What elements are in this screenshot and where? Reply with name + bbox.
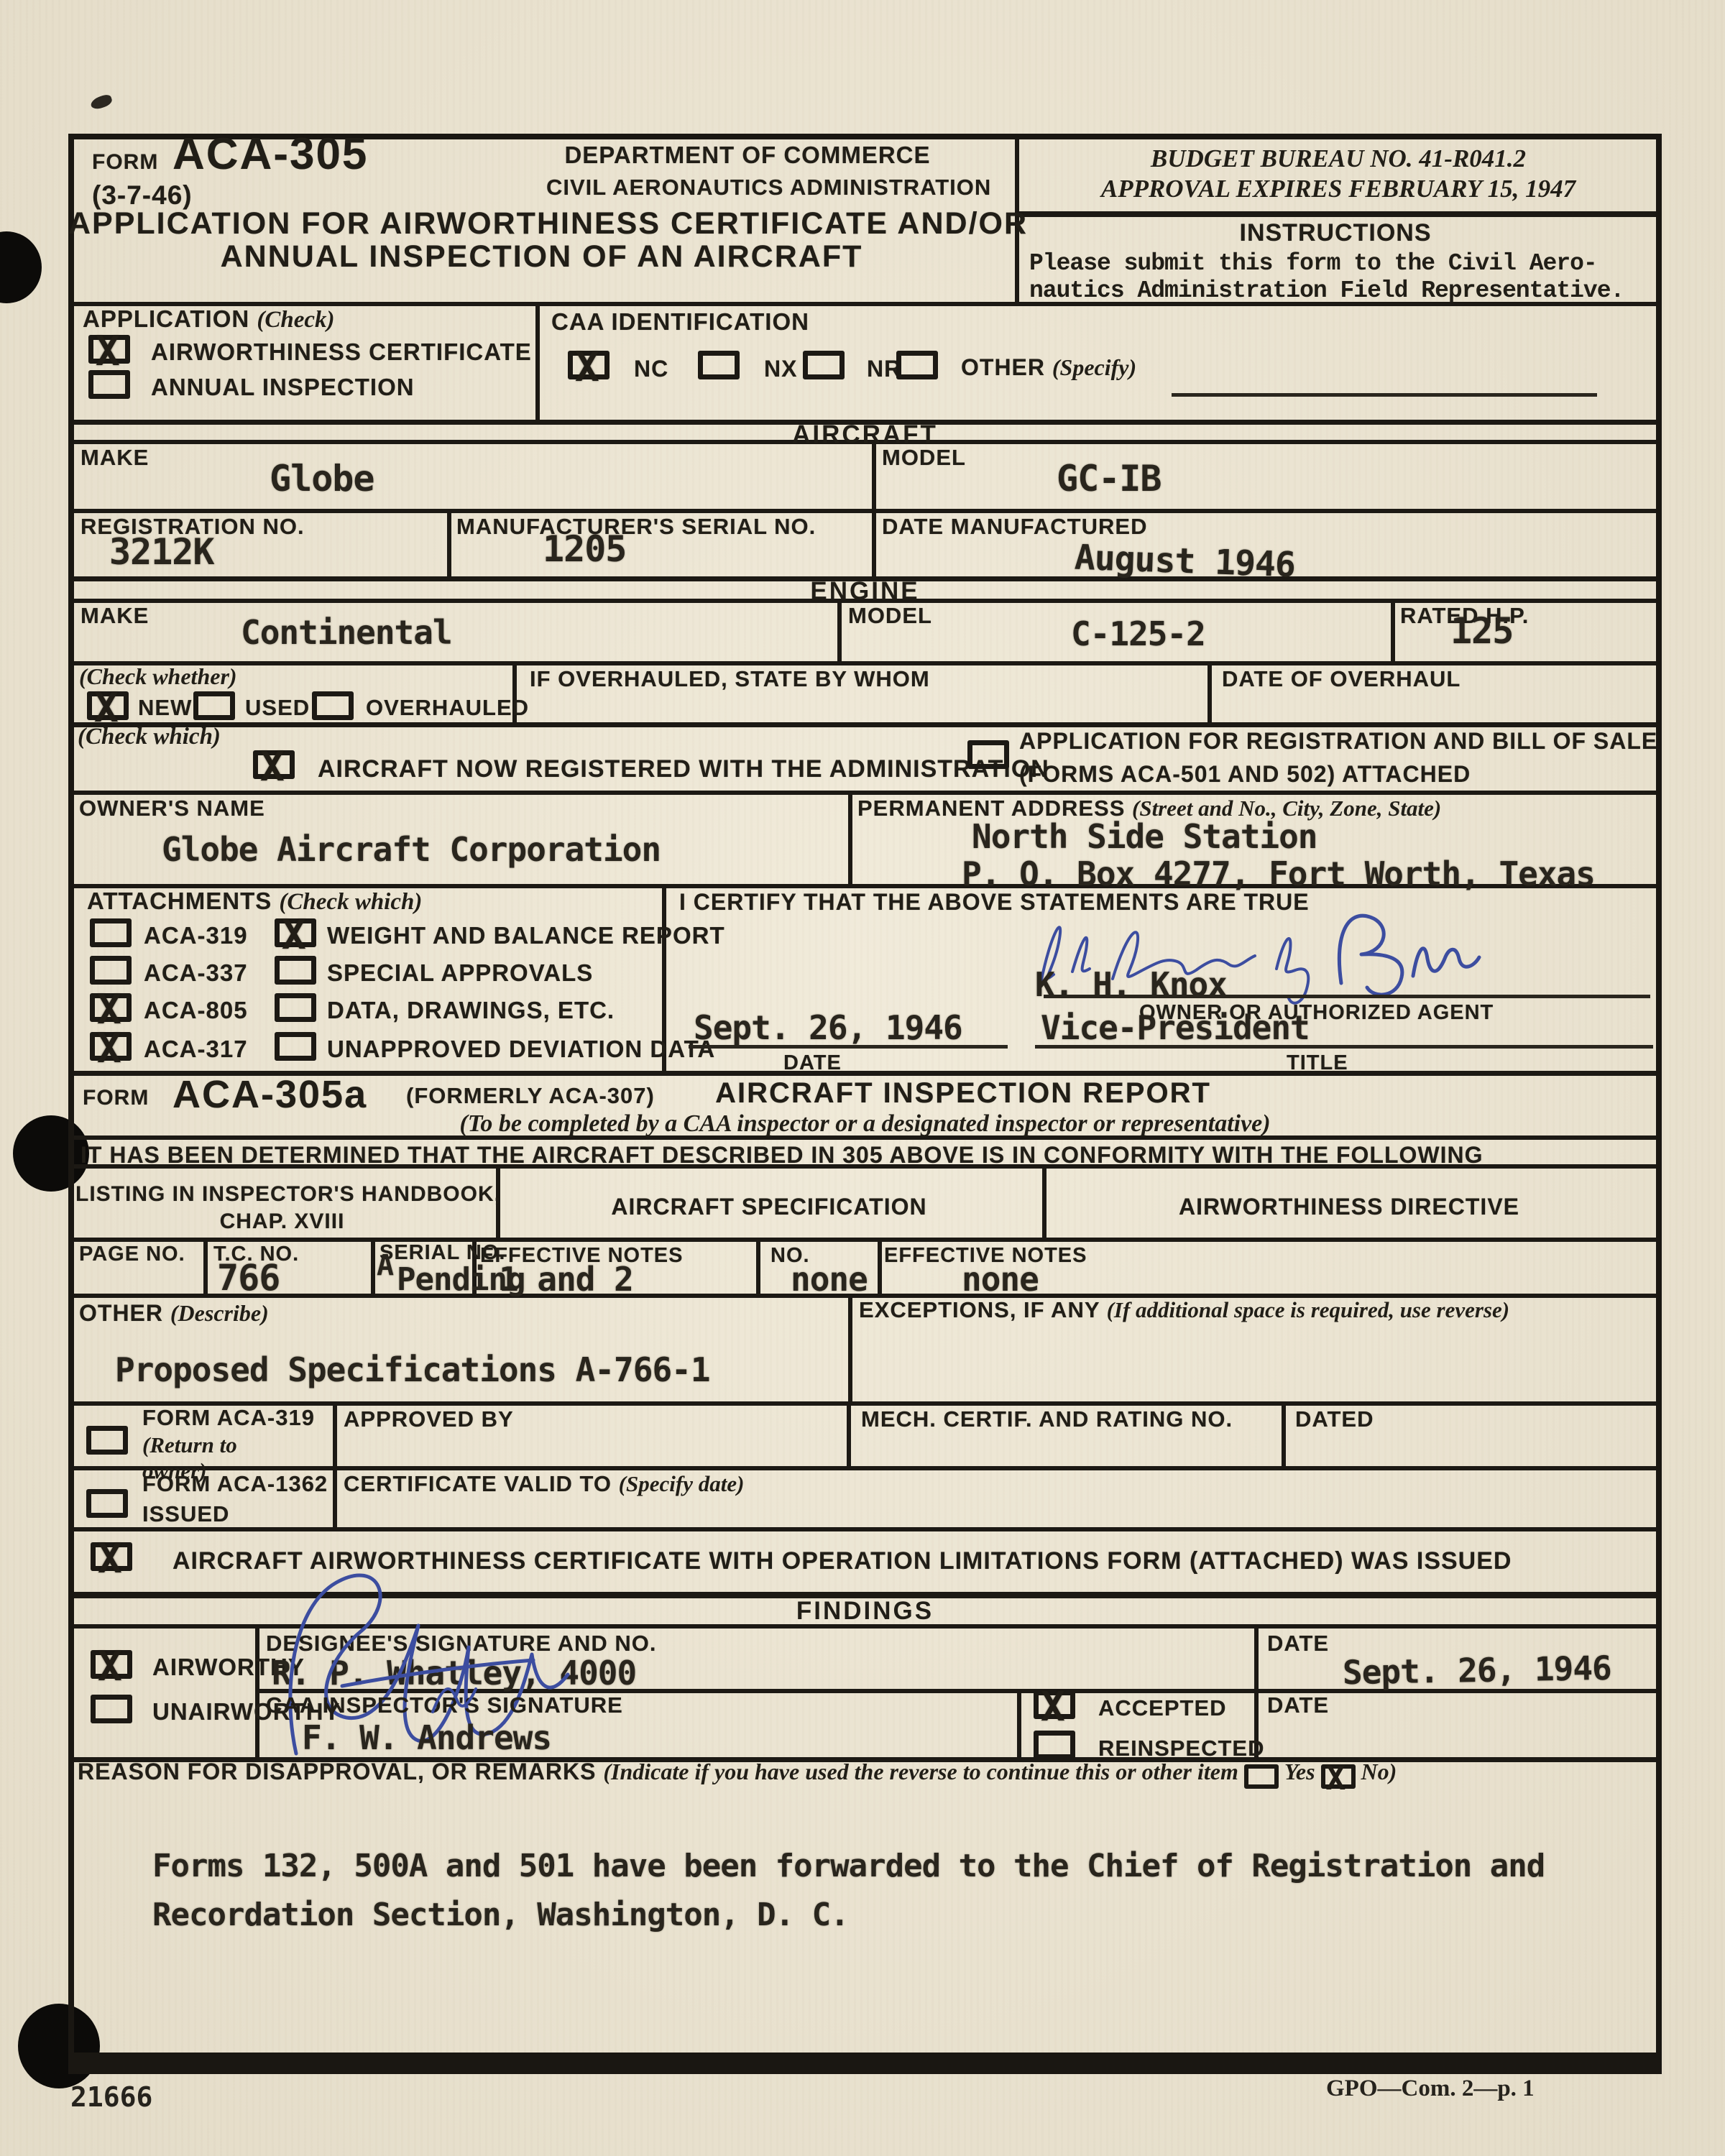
checkbox-reinspected[interactable] [1034,1731,1075,1759]
checkbox-engine-new[interactable] [87,691,129,720]
checkbox-form-aca-319-return[interactable] [86,1426,128,1455]
aca-319-label: ACA-319 [144,923,248,949]
footer-print-number: 21666 [70,2081,152,2113]
weight-balance-report-label: WEIGHT AND BALANCE REPORT [327,923,725,949]
divider [74,661,1656,665]
registration-no-value: 3212K [109,533,214,571]
department-name: DEPARTMENT OF COMMERCE [546,142,949,168]
instructions-title: INSTRUCTIONS [1015,220,1656,247]
aircraft-section-title: AIRCRAFT [68,422,1662,447]
divider [447,509,451,576]
checkbox-annual-inspection[interactable] [88,370,130,399]
checkbox-engine-overhauled[interactable] [312,691,354,720]
divider [203,1238,208,1294]
other-id-blank[interactable] [1172,393,1597,397]
aircraft-registered-label: AIRCRAFT NOW REGISTERED WITH THE ADMINIS… [318,756,1049,783]
divider [1282,1401,1286,1466]
nc-label: NC [634,356,668,382]
aca-317-label: ACA-317 [144,1036,248,1062]
checkbox-aca-805[interactable] [90,993,132,1022]
divider [1391,599,1395,661]
checkbox-weight-balance-report[interactable] [275,918,316,947]
nx-label: NX [764,356,797,382]
permanent-address-line1: North Side Station [972,819,1317,854]
serial-no-prefix: A [377,1250,393,1281]
other-describe-value: Proposed Specifications A-766-1 [115,1353,710,1387]
mfr-serial-no-value: 1205 [543,530,626,568]
scanned-form-page: FORM ACA-305 (3-7-46) DEPARTMENT OF COMM… [0,0,1725,2156]
date-manufactured-value: August 1946 [1074,540,1295,584]
other-describe-label: OTHER (Describe) [79,1301,269,1326]
checkbox-other-id[interactable] [896,351,938,379]
pen-tick-mark [89,93,113,111]
checkbox-reverse-yes[interactable] [1244,1764,1279,1789]
divider [74,791,1656,795]
checkbox-reverse-no[interactable] [1321,1764,1356,1789]
airworthiness-certificate-label: AIRWORTHINESS CERTIFICATE [151,339,532,365]
instructions-line1: Please submit this form to the Civil Aer… [1029,249,1597,280]
reverse-yes-label: Yes [1284,1759,1315,1784]
col-airworthiness-directive: AIRWORTHINESS DIRECTIVE [1042,1194,1656,1220]
permanent-address-line2: P. O. Box 4277, Fort Worth, Texas [962,857,1595,891]
checkbox-registration-application-attached[interactable] [967,740,1009,769]
approved-by-label: APPROVED BY [344,1407,514,1431]
footer-gpo-imprint: GPO—Com. 2—p. 1 [1326,2076,1535,2102]
checkbox-accepted[interactable] [1034,1690,1075,1719]
inspection-form-label: FORM [83,1087,149,1110]
hole-punch [0,231,42,303]
checkbox-nr[interactable] [803,351,845,379]
special-approvals-label: SPECIAL APPROVALS [327,960,593,986]
checkbox-airworthiness-certificate-issued[interactable] [91,1542,132,1571]
remarks-label: REASON FOR DISAPPROVAL, OR REMARKS [78,1759,603,1784]
engine-used-label: USED [245,696,310,719]
owner-name-label: OWNER'S NAME [79,796,265,820]
divider [74,1466,1656,1470]
page-no-label: PAGE NO. [79,1243,185,1266]
divider [74,1527,1656,1531]
attachments-label: ATTACHMENTS (Check which) [87,888,422,916]
divider [74,1238,1656,1242]
checkbox-aca-317[interactable] [90,1032,132,1061]
remarks-label-row: REASON FOR DISAPPROVAL, OR REMARKS (Indi… [78,1759,1397,1789]
mfr-serial-no-label: MANUFACTURER'S SERIAL NO. [456,515,816,538]
certificate-valid-to-label: CERTIFICATE VALID TO (Specify date) [344,1472,744,1496]
owner-name-value: Globe Aircraft Corporation [162,832,661,867]
reverse-no-label: No) [1361,1759,1397,1784]
administration-name: CIVIL AERONAUTICS ADMINISTRATION [546,175,949,199]
col-listing-line2: CHAP. XVIII [75,1210,489,1233]
certification-date-caption: DATE [783,1052,842,1074]
other-id-label: OTHER (Specify) [961,355,1136,380]
divider [1015,211,1656,217]
form-number: ACA-305 [172,131,368,179]
checkbox-aircraft-registered[interactable] [253,750,295,779]
divider [847,1401,851,1466]
inspection-form-code: ACA-305a [172,1074,367,1115]
divider [848,1294,852,1401]
col-listing-line1: LISTING IN INSPECTOR'S HANDBOOK, [75,1183,489,1206]
aca-337-label: ACA-337 [144,960,248,986]
form-aca-319-return-line1: (Return to [142,1433,237,1457]
engine-model-value: C-125-2 [1071,617,1205,651]
checkbox-nc[interactable] [568,351,609,379]
budget-bureau-no: BUDGET BUREAU NO. 41-R041.2 [1021,142,1656,175]
form-revision-date: (3-7-46) [92,181,193,210]
caa-inspector-signature-value: F. W. Andrews [302,1720,551,1755]
divider [371,1238,375,1294]
form-aca-1362-issued-label: ISSUED [142,1502,229,1526]
checkbox-unapproved-deviation-data[interactable] [275,1032,316,1061]
divider [1207,661,1212,722]
checkbox-airworthiness-certificate[interactable] [88,335,130,364]
certification-date-line[interactable] [689,1045,1008,1049]
exceptions-label: EXCEPTIONS, IF ANY (If additional space … [859,1298,1635,1322]
divider [535,302,540,420]
certification-date-value: Sept. 26, 1946 [694,1010,962,1045]
inspection-title: AIRCRAFT INSPECTION REPORT [647,1078,1279,1109]
remarks-body-line1: Forms 132, 500A and 501 have been forwar… [152,1850,1545,1883]
checkbox-form-aca-1362-issued[interactable] [86,1489,128,1518]
registration-application-line2: (FORMS ACA-501 AND 502) ATTACHED [1019,762,1471,787]
checkbox-aca-319[interactable] [90,918,132,947]
checkbox-airworthy[interactable] [91,1650,132,1679]
form-title-line1: APPLICATION FOR AIRWORTHINESS CERTIFICAT… [68,207,1015,240]
remarks-label-italic: (Indicate if you have used the reverse t… [603,1759,1238,1784]
date-of-overhaul-label: DATE OF OVERHAUL [1222,667,1460,691]
registration-application-line1: APPLICATION FOR REGISTRATION AND BILL OF… [1019,729,1657,754]
effective-notes-directive-value: none [962,1262,1039,1296]
findings-date1-value: Sept. 26, 1946 [1343,1651,1612,1690]
dated-label: DATED [1295,1407,1374,1431]
reinspected-label: REINSPECTED [1098,1736,1264,1760]
unapproved-deviation-data-label: UNAPPROVED DEVIATION DATA [327,1036,715,1062]
divider [74,509,1656,513]
aca-805-label: ACA-805 [144,998,248,1023]
divider [74,722,1656,727]
overhauled-by-label: IF OVERHAULED, STATE BY WHOM [530,667,930,691]
divider [333,1401,337,1527]
engine-make-label: MAKE [80,604,149,627]
checkbox-engine-used[interactable] [193,691,235,720]
checkbox-data-drawings[interactable] [275,993,316,1022]
tc-no-value: 766 [217,1259,280,1297]
caa-identification-label: CAA IDENTIFICATION [551,309,809,335]
check-which-label: (Check which) [78,724,221,750]
divider [848,791,852,884]
engine-model-label: MODEL [848,604,932,627]
directive-no-value: none [791,1262,868,1296]
form-aca-1362-label: FORM ACA-1362 [142,1472,328,1496]
inspection-formerly: (FORMERLY ACA-307) [406,1084,655,1107]
engine-overhauled-label: OVERHAULED [366,696,529,719]
determination-statement: IT HAS BEEN DETERMINED THAT THE AIRCRAFT… [80,1143,1483,1168]
form-aca-319-label: FORM ACA-319 [142,1406,315,1429]
accepted-label: ACCEPTED [1098,1696,1227,1720]
instructions-line2: nautics Administration Field Representat… [1029,276,1624,307]
engine-new-label: NEW [138,696,192,719]
application-section-label: APPLICATION (Check) [83,306,335,333]
certification-title-line[interactable] [1035,1045,1653,1049]
engine-make-value: Continental [241,615,452,650]
date-manufactured-label: DATE MANUFACTURED [882,515,1147,538]
rated-hp-value: 125 [1450,612,1513,650]
checkbox-nx[interactable] [698,351,740,379]
divider [1017,1689,1021,1757]
checkbox-aca-337[interactable] [90,956,132,985]
engine-section-title: ENGINE [68,579,1662,604]
inspection-subtitle: (To be completed by a CAA inspector or a… [68,1111,1662,1138]
checkbox-unairworthy[interactable] [91,1695,132,1723]
data-drawings-label: DATA, DRAWINGS, ETC. [327,998,615,1023]
annual-inspection-label: ANNUAL INSPECTION [151,374,415,400]
mech-certif-label: MECH. CERTIF. AND RATING NO. [861,1407,1233,1431]
effective-notes-spec-value: 1 and 2 [499,1262,633,1296]
approval-expires: APPROVAL EXPIRES FEBRUARY 15, 1947 [1021,172,1656,206]
divider [878,1238,882,1294]
divider [837,599,842,661]
findings-date1-label: DATE [1267,1631,1329,1655]
divider [756,1238,760,1294]
remarks-body-line2: Recordation Section, Washington, D. C. [152,1899,849,1932]
aircraft-make-value: Globe [270,460,374,498]
form-title-line2: ANNUAL INSPECTION OF AN AIRCRAFT [68,240,1015,273]
form-number-label: FORM [92,151,158,174]
divider [872,440,876,576]
aircraft-model-value: GC-IB [1057,460,1161,498]
owner-signature-line[interactable] [1044,995,1650,998]
checkbox-special-approvals[interactable] [275,956,316,985]
col-aircraft-specification: AIRCRAFT SPECIFICATION [496,1194,1042,1220]
findings-date2-label: DATE [1267,1693,1329,1717]
aircraft-model-label: MODEL [882,446,966,469]
certification-title-value: Vice-President [1041,1010,1310,1045]
inspector-ink-mark [424,1674,489,1725]
certification-title-caption: TITLE [1287,1052,1348,1074]
aircraft-make-label: MAKE [80,446,149,469]
